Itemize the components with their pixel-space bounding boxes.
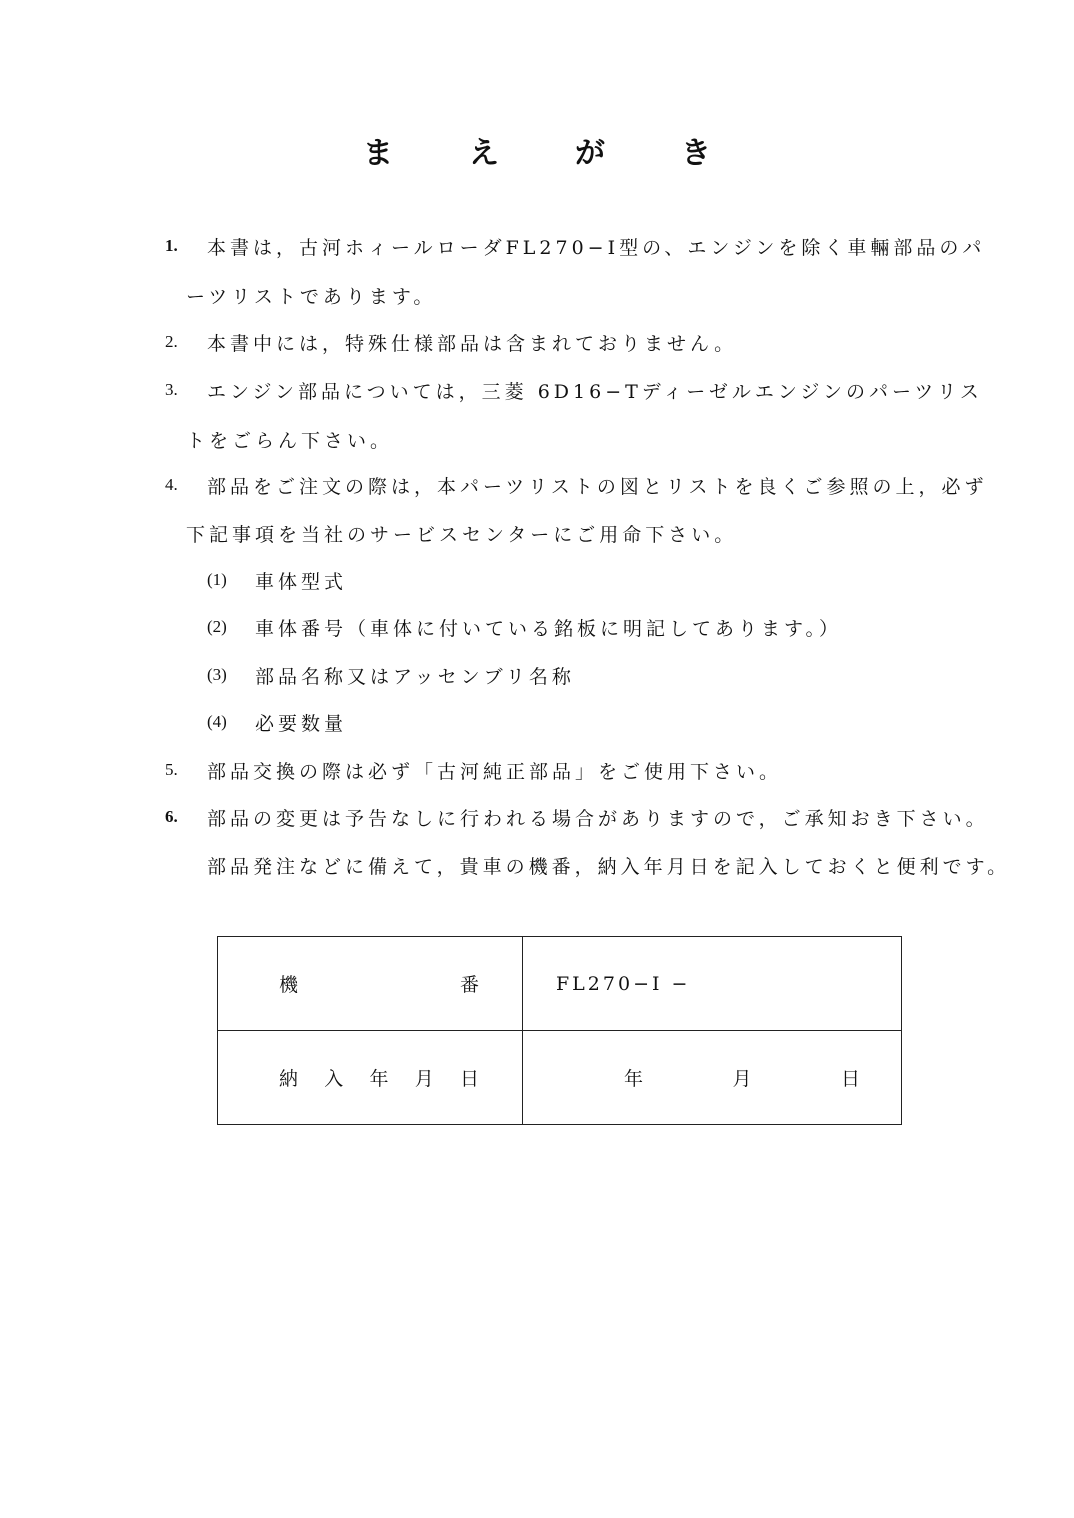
page-title: まえがき bbox=[0, 128, 1074, 172]
label-char: 月 bbox=[415, 1064, 434, 1091]
delivery-date-label: 納 入 年 月 日 bbox=[218, 1031, 523, 1125]
item-text: 部品発注などに備えて，貴車の機番，納入年月日を記入しておくと便利です。 bbox=[207, 852, 1010, 879]
date-month-char: 月 bbox=[732, 1064, 751, 1091]
item-text: 部品の変更は予告なしに行われる場合がありますので，ご承知おき下さい。 bbox=[207, 804, 989, 831]
item-text: ーツリストであります。 bbox=[186, 282, 436, 309]
label-char: 番 bbox=[460, 970, 479, 997]
item-text: 部品交換の際は必ず「古河純正部品」をご使用下さい。 bbox=[207, 757, 782, 784]
item-number: 5. bbox=[165, 760, 178, 780]
label-char: 納 bbox=[279, 1064, 298, 1091]
label-char: 入 bbox=[324, 1064, 343, 1091]
label-char: 日 bbox=[460, 1064, 479, 1091]
subitem-number: (2) bbox=[207, 617, 227, 637]
item-number: 6. bbox=[165, 807, 178, 827]
machine-number-label: 機 番 bbox=[218, 937, 523, 1031]
item-number: 1. bbox=[165, 236, 178, 256]
delivery-date-value[interactable]: 年 月 日 bbox=[523, 1031, 902, 1125]
machine-number-text: FL270−I − bbox=[524, 973, 690, 995]
item-number: 2. bbox=[165, 332, 178, 352]
subitem-text: 車体型式 bbox=[255, 567, 347, 594]
table-row-delivery-date: 納 入 年 月 日 年 月 日 bbox=[218, 1031, 902, 1125]
machine-number-value[interactable]: FL270−I − bbox=[523, 937, 902, 1031]
label-char: 機 bbox=[279, 970, 298, 997]
date-year-char: 年 bbox=[624, 1064, 643, 1091]
subitem-text: 必要数量 bbox=[255, 709, 347, 736]
item-number: 4. bbox=[165, 475, 178, 495]
title-char: が bbox=[575, 128, 605, 172]
table-row-machine-number: 機 番 FL270−I − bbox=[218, 937, 902, 1031]
item-text: 本書中には，特殊仕様部品は含まれておりません。 bbox=[207, 329, 737, 356]
date-day-char: 日 bbox=[841, 1064, 860, 1091]
subitem-text: 部品名称又はアッセンブリ名称 bbox=[255, 662, 575, 689]
item-text: 部品をご注文の際は，本パーツリストの図とリストを良くご参照の上，必ず bbox=[207, 472, 987, 499]
subitem-number: (3) bbox=[207, 665, 227, 685]
subitem-number: (4) bbox=[207, 712, 227, 732]
item-number: 3. bbox=[165, 380, 178, 400]
item-text: エンジン部品については，三菱 6D16−Tディーゼルエンジンのパーツリス bbox=[207, 377, 983, 404]
title-char: ま bbox=[363, 128, 393, 172]
title-char: え bbox=[469, 128, 499, 172]
subitem-number: (1) bbox=[207, 570, 227, 590]
label-char: 年 bbox=[369, 1064, 388, 1091]
machine-info-table: 機 番 FL270−I − 納 入 年 月 日 年 月 日 bbox=[217, 936, 902, 1125]
subitem-text: 車体番号（車体に付いている銘板に明記してあります。） bbox=[255, 614, 842, 641]
title-char: き bbox=[681, 128, 711, 172]
item-text: トをごらん下さい。 bbox=[186, 426, 393, 453]
item-text: 下記事項を当社のサービスセンターにご用命下さい。 bbox=[186, 520, 737, 547]
item-text: 本書は，古河ホィールローダFL270−I型の、エンジンを除く車輛部品のパ bbox=[207, 233, 985, 260]
